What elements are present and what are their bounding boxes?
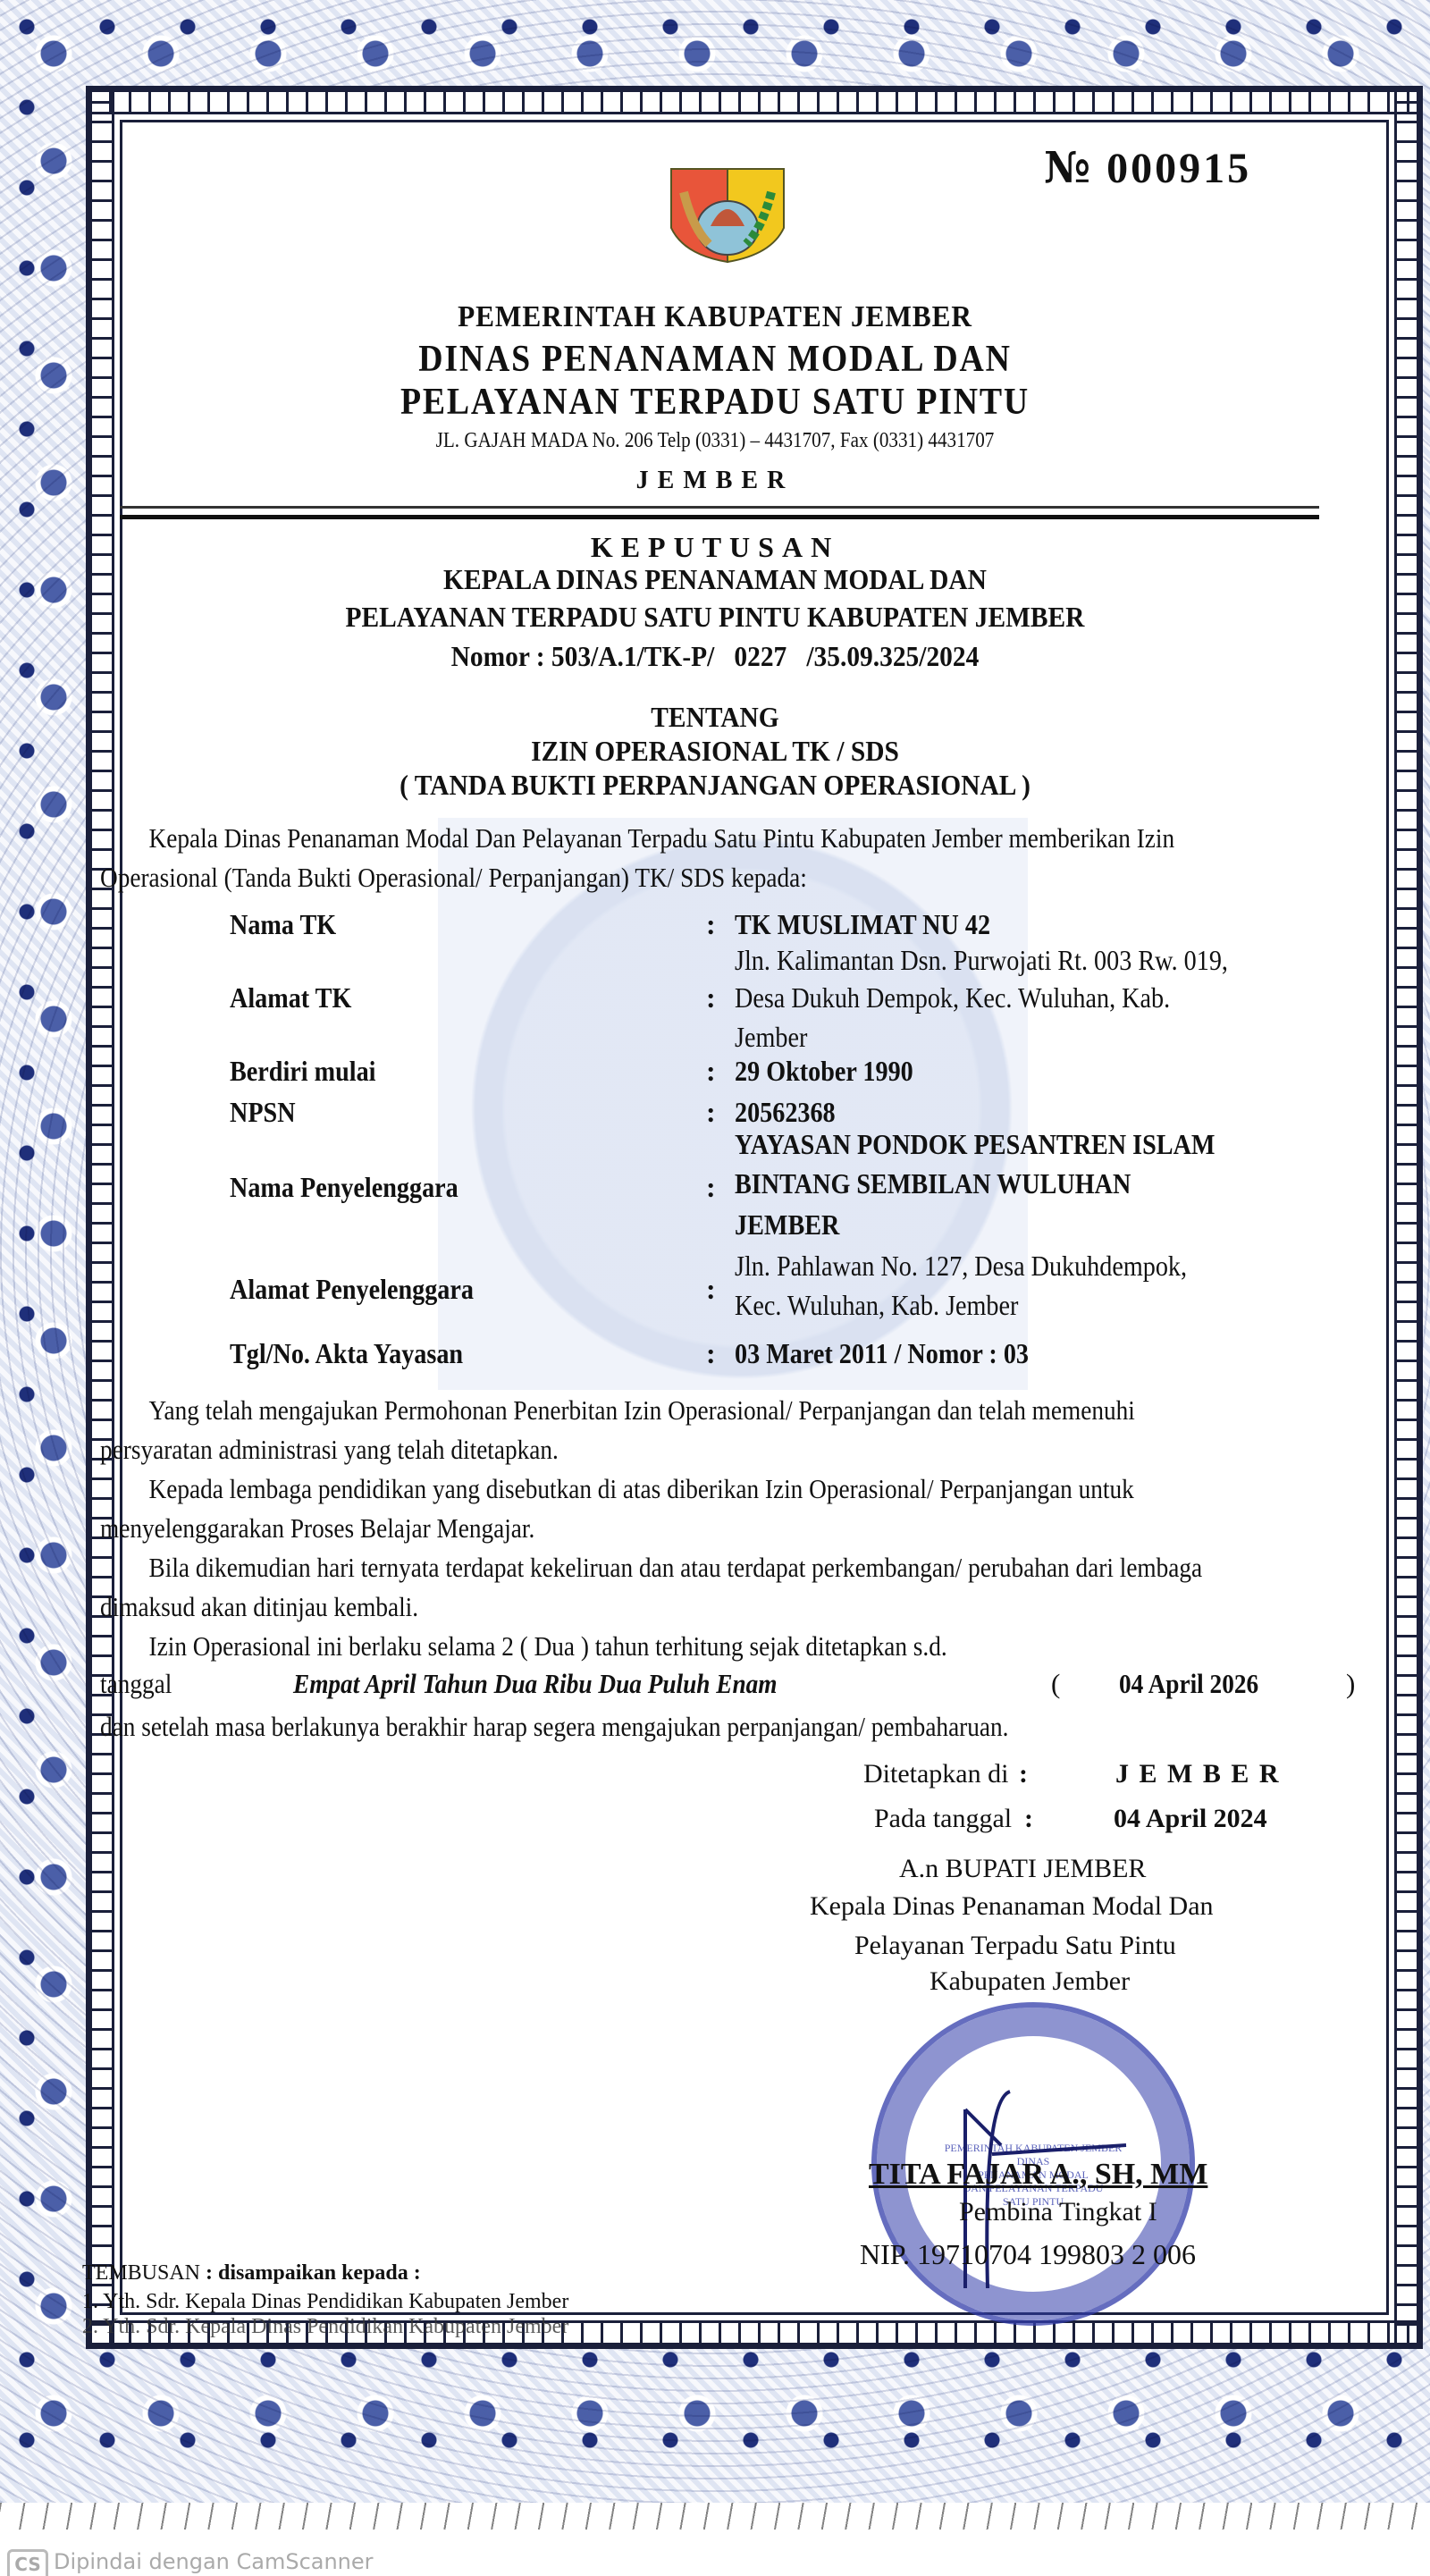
- official-nip: NIP. 19710704 199803 2 006: [860, 2238, 1196, 2271]
- scanner-footer: CS Dipindai dengan CamScanner: [0, 2503, 1430, 2576]
- header-government: PEMERINTAH KABUPATEN JEMBER: [57, 300, 1373, 334]
- paragraph-application: Yang telah mengajukan Permohonan Penerbi…: [100, 1391, 1217, 1469]
- field-label-berdiri-mulai: Berdiri mulai: [230, 1055, 375, 1088]
- subject-title: IZIN OPERASIONAL TK / SDS: [57, 735, 1373, 768]
- official-name: TITA FAJAR A., SH, MM: [869, 2158, 1207, 2192]
- field-colon: :: [706, 1055, 716, 1088]
- carbon-copy-item: 2. Yth. Sdr. Kepala Dinas Pendidikan Kab…: [82, 2315, 568, 2339]
- field-label-nama-penyelenggara: Nama Penyelenggara: [230, 1171, 458, 1204]
- place-colon: :: [1019, 1759, 1028, 1789]
- carbon-copy-item: 1. Yth. Sdr. Kepala Dinas Pendidikan Kab…: [82, 2290, 568, 2314]
- header-department-line2: PELAYANAN TERPADU SATU PINTU: [71, 381, 1358, 424]
- signatory-position-line2: Pelayanan Terpadu Satu Pintu: [854, 1931, 1176, 1961]
- serial-value: 000915: [1106, 145, 1251, 192]
- subject-heading: TENTANG: [57, 701, 1373, 734]
- field-label-alamat-tk: Alamat TK: [230, 981, 351, 1014]
- field-colon: :: [706, 1337, 716, 1370]
- paragraph-review: Bila dikemudian hari ternyata terdapat k…: [100, 1548, 1217, 1627]
- paragraph-validity: Izin Operasional ini berlaku selama 2 ( …: [100, 1627, 1217, 1666]
- field-value-nama-tk: TK MUSLIMAT NU 42: [735, 908, 990, 941]
- field-value-alamat-tk-line2: Desa Dukuh Dempok, Kec. Wuluhan, Kab.: [735, 981, 1170, 1014]
- decree-number: Nomor : 503/A.1/TK-P/ 0227 /35.09.325/20…: [57, 640, 1373, 673]
- signatory-position-line3: Kabupaten Jember: [929, 1966, 1130, 1997]
- field-value-penyelenggara-line2: BINTANG SEMBILAN WULUHAN: [735, 1167, 1131, 1200]
- header-department-line1: DINAS PENANAMAN MODAL DAN: [71, 338, 1358, 381]
- field-label-nama-tk: Nama TK: [230, 908, 336, 941]
- validity-label: tanggal: [100, 1668, 172, 1700]
- greek-key-border-left: [89, 89, 114, 2345]
- field-label-akta-yayasan: Tgl/No. Akta Yayasan: [230, 1337, 463, 1370]
- carbon-copy-suffix: : disampaikan kepada :: [200, 2261, 421, 2285]
- field-value-alamat-tk-line1: Jln. Kalimantan Dsn. Purwojati Rt. 003 R…: [735, 944, 1228, 977]
- decree-issuer-line1: KEPALA DINAS PENANAMAN MODAL DAN: [57, 563, 1373, 596]
- field-value-alamat-penyelenggara-line1: Jln. Pahlawan No. 127, Desa Dukuhdempok,: [735, 1250, 1187, 1283]
- field-value-alamat-tk-line3: Jember: [735, 1021, 807, 1054]
- greek-key-border-right: [1394, 89, 1419, 2345]
- official-rank: Pembina Tingkat I: [959, 2197, 1157, 2227]
- serial-number: № 000915: [1044, 143, 1251, 193]
- field-value-penyelenggara-line3: JEMBER: [735, 1208, 839, 1242]
- on-behalf-of: A.n BUPATI JEMBER: [899, 1854, 1146, 1884]
- serial-prefix: №: [1044, 143, 1093, 193]
- field-value-berdiri-mulai: 29 Oktober 1990: [735, 1055, 913, 1088]
- place-value: J E M B E R: [1115, 1759, 1281, 1789]
- camscanner-watermark-text: Dipindai dengan CamScanner: [54, 2549, 374, 2574]
- regency-emblem-logo-icon: [666, 165, 789, 264]
- validity-date: 04 April 2026: [1119, 1668, 1258, 1700]
- ornament-wave-lines: [0, 2503, 1430, 2530]
- decree-issuer-line2: PELAYANAN TERPADU SATU PINTU KABUPATEN J…: [57, 601, 1373, 634]
- date-value: 04 April 2024: [1114, 1804, 1267, 1834]
- subject-subtitle: ( TANDA BUKTI PERPANJANGAN OPERASIONAL ): [57, 769, 1373, 802]
- greek-key-border-top: [89, 89, 1419, 114]
- field-value-akta-yayasan: 03 Maret 2011 / Nomor : 03: [735, 1337, 1029, 1370]
- field-label-alamat-penyelenggara: Alamat Penyelenggara: [230, 1273, 474, 1306]
- validity-paren-close: ): [1346, 1668, 1355, 1700]
- field-value-npsn: 20562368: [735, 1096, 836, 1129]
- field-colon: :: [706, 908, 716, 941]
- validity-date-words: Empat April Tahun Dua Ribu Dua Puluh Ena…: [293, 1668, 778, 1700]
- field-colon: :: [706, 1171, 716, 1204]
- field-colon: :: [706, 1096, 716, 1129]
- date-colon: :: [1024, 1804, 1033, 1834]
- validity-paren-open: (: [1051, 1668, 1060, 1700]
- intro-paragraph: Kepala Dinas Penanaman Modal Dan Pelayan…: [100, 819, 1217, 897]
- place-label: Ditetapkan di: [863, 1759, 1008, 1789]
- field-colon: :: [706, 1273, 716, 1306]
- field-value-penyelenggara-line1: YAYASAN PONDOK PESANTREN ISLAM: [735, 1128, 1215, 1161]
- header-divider-thick: [120, 515, 1319, 519]
- field-value-alamat-penyelenggara-line2: Kec. Wuluhan, Kab. Jember: [735, 1289, 1018, 1322]
- date-label: Pada tanggal: [874, 1804, 1012, 1834]
- header-city: JEMBER: [0, 467, 1430, 495]
- header-address: JL. GAJAH MADA No. 206 Telp (0331) – 443…: [86, 429, 1344, 453]
- header-divider-thin: [120, 506, 1319, 509]
- carbon-copy-title: TEMBUSAN: [82, 2261, 200, 2285]
- signatory-position-line1: Kepala Dinas Penanaman Modal Dan: [810, 1891, 1214, 1922]
- field-label-npsn: NPSN: [230, 1096, 296, 1129]
- field-colon: :: [706, 981, 716, 1014]
- validity-closing: dan setelah masa berlakunya berakhir har…: [100, 1707, 1217, 1747]
- camscanner-logo-icon: CS: [7, 2549, 48, 2576]
- paragraph-grant: Kepada lembaga pendidikan yang disebutka…: [100, 1469, 1217, 1548]
- decree-title: KEPUTUSAN: [0, 531, 1430, 564]
- carbon-copy-heading: TEMBUSAN : disampaikan kepada :: [82, 2261, 421, 2286]
